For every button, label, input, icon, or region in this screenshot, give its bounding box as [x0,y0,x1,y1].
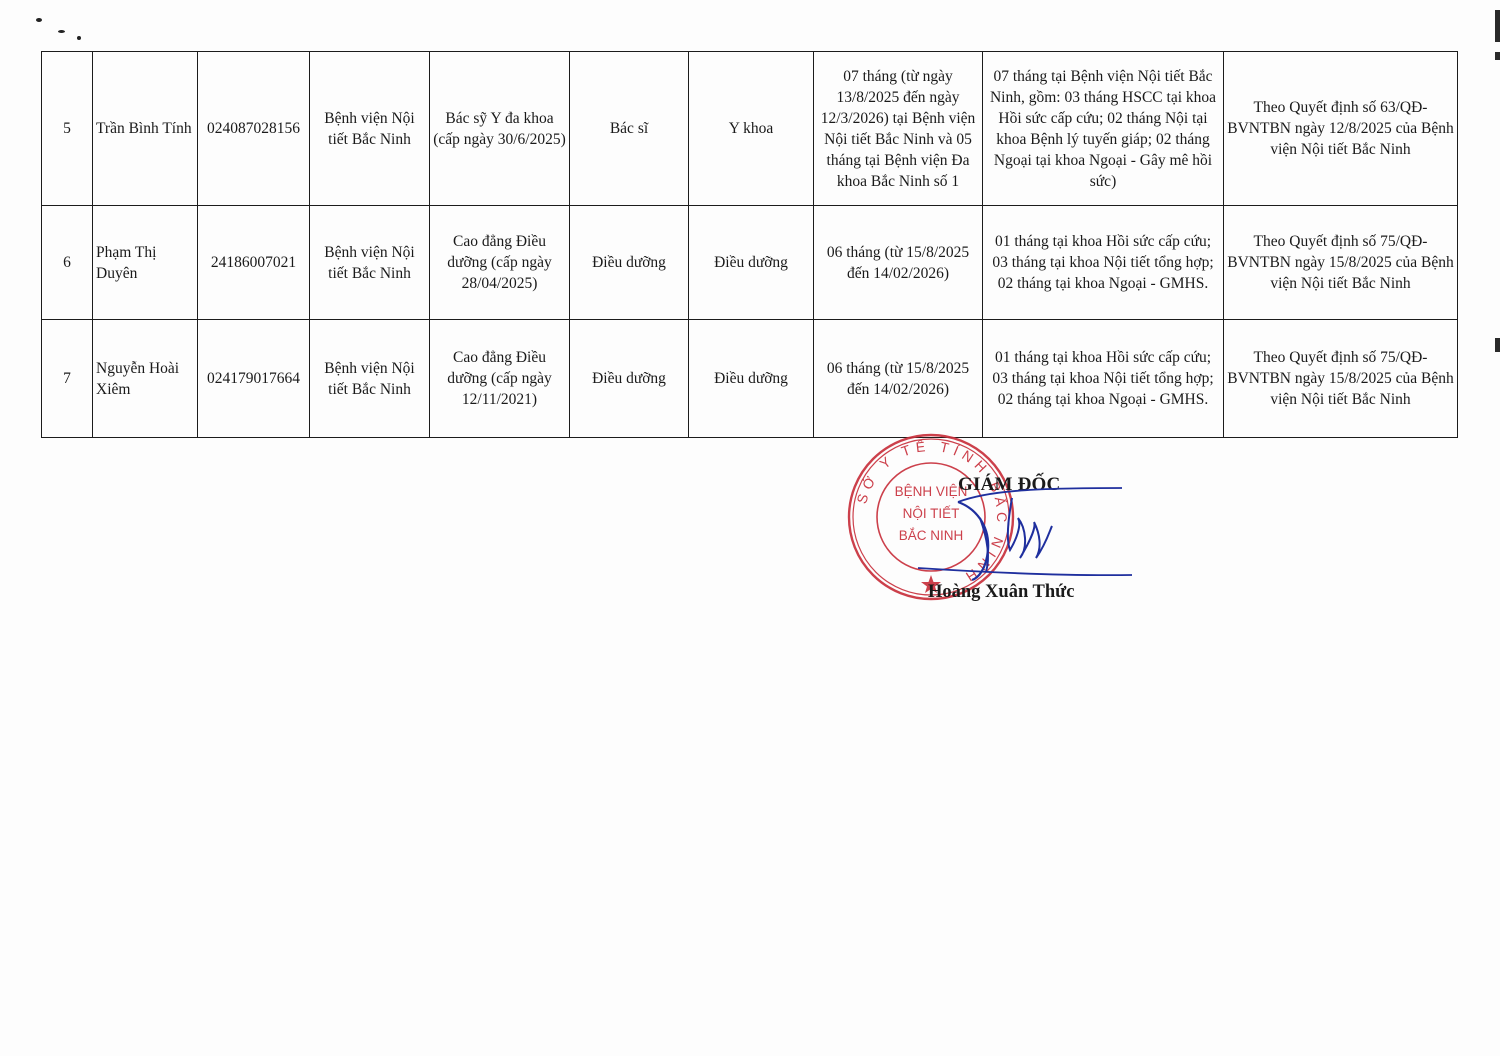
scan-edge-mark [1495,52,1500,60]
table-row: 6 Phạm Thị Duyên 24186007021 Bệnh viện N… [42,206,1458,320]
workplace: Bệnh viện Nội tiết Bắc Ninh [310,206,430,320]
qualification: Bác sỹ Y đa khoa (cấp ngày 30/6/2025) [430,52,570,206]
signature-block: SỞ Y TẾ TỈNH BẮC NINH BỆNH VIỆN NỘI TIẾT… [840,430,1160,620]
trainee-name: Phạm Thị Duyên [93,206,198,320]
workplace: Bệnh viện Nội tiết Bắc Ninh [310,52,430,206]
row-number: 7 [42,320,93,438]
handwritten-signature-icon [840,430,1160,620]
practice-content: 01 tháng tại khoa Hồi sức cấp cứu; 03 th… [983,320,1224,438]
scan-edge-mark [1495,338,1500,352]
practice-duration: 06 tháng (từ 15/8/2025 đến 14/02/2026) [814,206,983,320]
row-number: 5 [42,52,93,206]
id-number: 024179017664 [198,320,310,438]
practice-scope: Y khoa [689,52,814,206]
table-row: 5 Trần Bình Tính 024087028156 Bệnh viện … [42,52,1458,206]
scan-speck [77,36,81,40]
table-row: 7 Nguyễn Hoài Xiêm 024179017664 Bệnh việ… [42,320,1458,438]
practice-content: 01 tháng tại khoa Hồi sức cấp cứu; 03 th… [983,206,1224,320]
row-number: 6 [42,206,93,320]
position: Bác sĩ [570,52,689,206]
decision-reference: Theo Quyết định số 75/QĐ-BVNTBN ngày 15/… [1224,206,1458,320]
practice-duration: 07 tháng (từ ngày 13/8/2025 đến ngày 12/… [814,52,983,206]
position: Điều dưỡng [570,206,689,320]
trainee-name: Nguyễn Hoài Xiêm [93,320,198,438]
trainee-name: Trần Bình Tính [93,52,198,206]
id-number: 024087028156 [198,52,310,206]
id-number: 24186007021 [198,206,310,320]
decision-reference: Theo Quyết định số 63/QĐ-BVNTBN ngày 12/… [1224,52,1458,206]
scan-speck [58,30,65,33]
workplace: Bệnh viện Nội tiết Bắc Ninh [310,320,430,438]
scan-speck [36,18,42,22]
scan-edge-mark [1495,10,1500,42]
practice-content: 07 tháng tại Bệnh viện Nội tiết Bắc Ninh… [983,52,1224,206]
practice-scope: Điều dưỡng [689,206,814,320]
position: Điều dưỡng [570,320,689,438]
practice-scope: Điều dưỡng [689,320,814,438]
qualification: Cao đẳng Điều dưỡng (cấp ngày 12/11/2021… [430,320,570,438]
practice-duration: 06 tháng (từ 15/8/2025 đến 14/02/2026) [814,320,983,438]
qualification: Cao đẳng Điều dưỡng (cấp ngày 28/04/2025… [430,206,570,320]
decision-reference: Theo Quyết định số 75/QĐ-BVNTBN ngày 15/… [1224,320,1458,438]
trainee-table: 5 Trần Bình Tính 024087028156 Bệnh viện … [41,51,1458,438]
